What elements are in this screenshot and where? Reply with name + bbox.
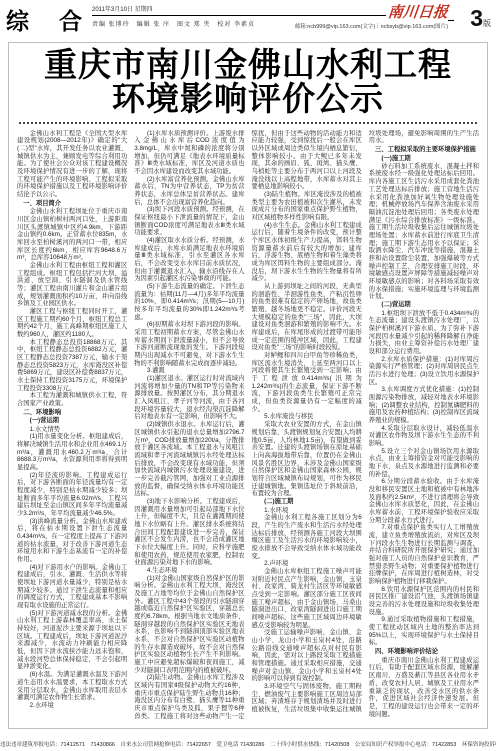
body-paragraph: (3)洪峰流量分析。金佛山水库建成后，将在枯水期设置下泄生态流量0.434m³/… (17, 518, 127, 564)
section-heading: 三、工程拟采取的主要环境保护措施 (369, 146, 479, 154)
title-separator (19, 122, 477, 124)
body-paragraph: (2)水库富营养化预测。金佛山水库蓄水后，TN为中营养状态，TP为贫营养状态，水… (134, 176, 244, 207)
newspaper-logo: 南川日报 (387, 1, 449, 22)
body-paragraph: 2.水环境 (17, 702, 127, 710)
body-paragraph: 采取大农业安置的方式，在金山镇规划后靠、头渡镇规划复合安置(人均耕地0.5亩，人… (252, 421, 362, 498)
section-heading: (一)施工期 (369, 155, 479, 163)
body-paragraph: 1.枢纽坝下泄放不低于0.434m³/s的生态流量；建设头渡镇污水处理厂，以保护… (369, 310, 479, 356)
body-paragraph: 本工程为灌溉和城镇供水工程，符合国家产业政策。 (17, 392, 127, 407)
masthead-rule (92, 15, 386, 16)
body-paragraph: (1)对金佛山国家级自然保护区的影响分析。金佛山水利工程大坝、淹没区及施工占地等… (134, 575, 244, 675)
body-paragraph: (4)对下游用水户的影响。金佛山工程建成后，引水、灌溉、生活供水等将使坝址下游河… (17, 564, 127, 610)
body-paragraph: 8.饮用水源保护区范围内的村民和居民区推广建设沼气池，头渡镇场镇建设完善的污水处… (369, 586, 479, 617)
body-paragraph: (2)年径流的影响。工程建成运行后，对下游各断面的年径流量均有一定程度减少，特别… (17, 472, 127, 518)
body-paragraph: 9.通过采取植物措施和工程措施，使工程扰动区域内土地的整治率达到95%以上，实现… (369, 616, 479, 647)
body-paragraph: (4)灌区取水水质分析。经预测，水库建成后，水库水质满足地表水环境质量Ⅲ类水域标… (134, 237, 244, 283)
body-paragraph: (6)初期蓄水对坝下游河段的影响。采用工程初期蓄水方案，尽管金佛山水库蓄水期间下… (134, 321, 244, 367)
public-notice-article: 重庆市南川金佛山水利工程 环境影响评价公示 金佛山水利工程是《全国大型水库建设规… (8, 42, 488, 729)
section-heading: (二)营运期 (369, 301, 479, 309)
article-title-line1: 重庆市南川金佛山水利工程 (17, 48, 479, 82)
body-paragraph: 金佛山水利工程坝址位于重庆市南川区金山镇柏树村两河口处，上游距南川区头渡镇城镇中… (17, 208, 127, 262)
body-paragraph: 金佛山水利工程由枢纽工程和灌区工程组成。枢纽工程包括拦河大坝、溢洪道、放空洞、引… (17, 262, 127, 308)
body-paragraph: 受施工运输噪声影响，金山镇、金山小学、龙山小学和玉泉村4处，沿路公路沿线交通噪声… (252, 629, 362, 683)
section-heading: (二)施工期 (252, 498, 362, 506)
contact-email-line: 邮箱:ncb999@vip.163.com(文字)｜ncbsyb@vip.163… (295, 22, 448, 30)
body-paragraph: 本工程静态总投资18868万元，其中，枢纽工程静态总投资6882万元，灌区工程静… (17, 339, 127, 393)
body-paragraph: 3.水库调度方式优化措施：(1)控制面源污染物排放，减轻对地表水环境影响；(2)… (369, 386, 479, 424)
body-paragraph: (5)下游生态流量的确定。下泄生态流量为：枯期(11月—4月)多年平均流量的10… (134, 283, 244, 321)
page-number-word: 版 (483, 19, 491, 28)
masthead: 综合 2011年3月10日 星期四 责编 张博玲 编辑 张 序 图文 郑 夹 校… (0, 0, 496, 40)
body-paragraph: (1)水库水质预测评价。上游废水排入金佛山水库后COD浓度值为3.8mg/L，库… (134, 130, 244, 176)
section-heading: (一)营运期 (17, 417, 127, 425)
body-paragraph: (3)陆生植物。库区淹没涉及的植被类型主要为农田植被和次生灌丛，未发现成片分布的… (252, 191, 362, 222)
masthead-rule-right (448, 20, 454, 21)
article-columns: 金佛山水利工程是《全国大型水库建设规划(2008—2012年)》确定的"大(二)… (17, 130, 479, 723)
body-paragraph: 对鲈鲤和四川白甲鱼等珍稀鱼类，库区流水生境消失，上延至两河口以上河段将使其生长繁… (252, 352, 362, 413)
section-heading: 四、环境影响评价结论 (369, 648, 479, 656)
body-paragraph: (6)水温。为满足灌溉水温及下游河道生态用水水温要求，本工程取水方式采用分层取水… (17, 671, 127, 702)
section-heading: 二、环境影响 (17, 409, 127, 417)
page-number-value: 3 (470, 5, 483, 31)
body-paragraph: 重庆市南川金佛山水利工程建成运行后，有助于配套区域水资源，缓解灌区南川、万盛及綦… (369, 657, 479, 718)
body-paragraph: (1)灌区退水。灌区运行时对流域内河流将增加少量的TN和TP等污染物来源排放量。… (134, 375, 244, 421)
body-paragraph: 6.分期分段蓄水验收。由于水库淹没和移民安置区土地和植被中有林地涉及面积约2.5… (369, 478, 479, 524)
article-title: 重庆市南川金佛山水利工程 环境影响评价公示 (17, 48, 479, 117)
body-paragraph: 灌区工程与枢纽工程同时开工，灌区工程施工期约60个月，枢纽工程总工期约42个月，… (17, 308, 127, 339)
body-paragraph: (3)地下水影响分析。工程建成后，因灌溉用水量增加可引起局部地下水位上升，但幅度… (134, 498, 244, 567)
body-paragraph: 从上游到坝址之间的河段，无典型的洄游性、半洄游性鱼类，产粘沉性卵的鱼类很难有稳定… (252, 283, 362, 352)
body-paragraph: 砂石料加工系统废水、混凝土拌和系统废水经一级强化处理达标后回用。库内各施工区生活… (369, 163, 479, 301)
article-title-line2: 环境影响评价公示 (17, 82, 479, 116)
body-paragraph: 5.水库淹没与移民 (252, 413, 362, 421)
body-paragraph: 7.对重点保护鱼类实行人工增殖放流，建立鱼类增殖放流站，对库区及坝下河段水生生物… (369, 524, 479, 585)
body-paragraph: (4)水生生态。金佛山水利工程建成运行后，随着生境条件的改变，预计整个库区水体初… (252, 222, 362, 283)
body-paragraph: 金佛山水库枢纽工程施工噪声可能对附近村民点产生影响，金山镇、玉泉村、改家湾、骑龙… (252, 568, 362, 629)
page-number: 3版 (470, 5, 491, 32)
body-paragraph: 金佛山水利工程是《全国大型水库建设规划(2008—2012年)》确定的"大(二)… (17, 130, 127, 199)
body-paragraph: 2.声环境 (252, 560, 362, 568)
body-paragraph: 2.水库水质保护措施：(1)对库周污染源实行严格管理；(2)对库周居民点生活污水… (369, 356, 479, 387)
body-paragraph: 5.设立三个对金山镇场饮用水源取水点，由业主筹措资金对可能受影响的地下水、泉点及… (369, 448, 479, 479)
body-paragraph: (2)城镇供水退水。水库运行后，灌区城镇供水引起的退水总量增加2796.7万m³… (134, 421, 244, 498)
body-paragraph: 3.灌溉 (134, 367, 244, 375)
body-paragraph: (3)坝下河段水质预测。经预测，在保证枢纽最小下泄流量的情况下，金山镇断面COD… (134, 206, 244, 237)
page-footer-services: 违法违章建筑举报电话：71412571 71430866 自来水公司管网抢修电话… (0, 740, 496, 748)
body-paragraph: 4.生态环境 (134, 567, 244, 575)
body-paragraph: (5)对下游河道减水段的分析。金佛山水利工程上游森林覆盖率高、水土保持较好，河道… (17, 610, 127, 671)
section-heading: 一、项目简介 (17, 200, 127, 208)
body-paragraph: (1)用水量变化分析。枢纽建成后，将解决城镇生活用水和企业用水469.1万m³/… (17, 433, 127, 471)
date-line: 2011年3月10日 星期四 (92, 4, 386, 13)
body-paragraph: 4.采取分层取水设计，减轻低温水对灌区农作物及坝下游水生生态的不利影响。 (369, 425, 479, 448)
body-paragraph: 金佛山水利工程各施工区划分为6段，产生的生产废水和生活污水经处理达标后排放，经预… (252, 514, 362, 560)
